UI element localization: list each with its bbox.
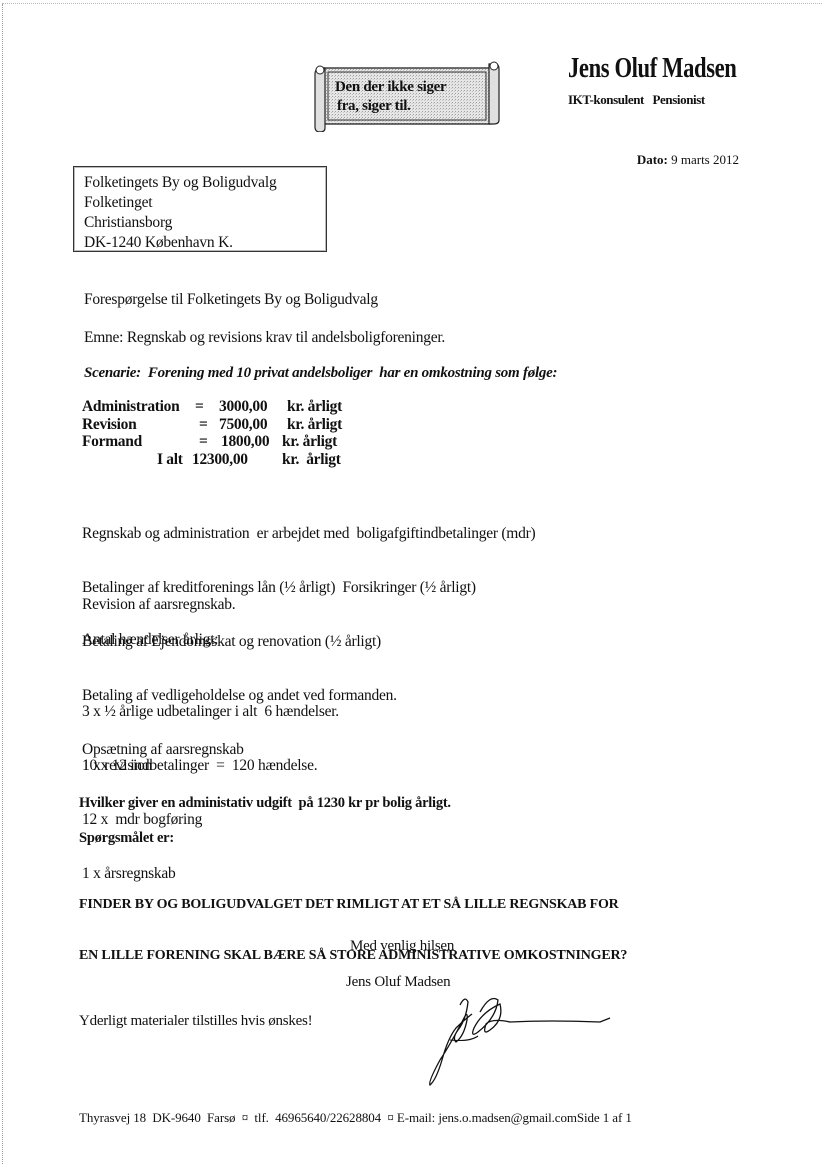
cost-equals: = bbox=[199, 433, 208, 451]
events-heading: Antal hændelser årligt: bbox=[82, 631, 218, 649]
recipient-address-box: Folketingets By og Boligudvalg Folketing… bbox=[73, 166, 327, 252]
recipient-line: Christiansborg bbox=[84, 213, 326, 233]
recipient-line: DK-1240 København K. bbox=[84, 233, 326, 253]
total-amount: 12300,00 bbox=[192, 451, 248, 469]
closing-name: Jens Oluf Madsen bbox=[346, 973, 450, 991]
date-label: Dato: bbox=[637, 152, 668, 167]
question-text: FINDER BY OG BOLIGUDVALGET DET RIMLIGT A… bbox=[79, 862, 627, 981]
cost-equals: = bbox=[199, 416, 208, 434]
cost-label: Formand bbox=[82, 433, 142, 451]
closing-note: Yderligt materialer tilstilles hvis ønsk… bbox=[79, 1012, 312, 1030]
letterhead-name: Jens Oluf Madsen bbox=[568, 52, 736, 85]
cost-amount: 7500,00 bbox=[219, 416, 267, 434]
event-item: 3 x ½ årlige udbetalinger i alt 6 hændel… bbox=[82, 703, 339, 721]
cost-unit: kr. årligt bbox=[282, 433, 337, 451]
cost-label: Administration bbox=[82, 398, 179, 416]
total-label: I alt bbox=[157, 451, 183, 469]
question-label: Spørgsmålet er: bbox=[79, 829, 174, 847]
letterhead-title: IKT-konsulent Pensionist bbox=[568, 92, 705, 108]
cost-unit: kr. årligt bbox=[287, 416, 342, 434]
letter-heading: Forespørgelse til Folketingets By og Bol… bbox=[84, 291, 378, 309]
revision-line: Revision af aarsregnskab. bbox=[82, 596, 235, 614]
cost-amount: 3000,00 bbox=[219, 398, 267, 416]
date-value: 9 marts 2012 bbox=[671, 152, 739, 167]
question-line-1: FINDER BY OG BOLIGUDVALGET DET RIMLIGT A… bbox=[79, 896, 627, 913]
task-item: Regnskab og administration er arbejdet m… bbox=[82, 525, 535, 543]
cost-unit: kr. årligt bbox=[287, 398, 342, 416]
recipient-line: Folketingets By og Boligudvalg bbox=[84, 173, 326, 193]
motto-line-2: fra, siger til. bbox=[335, 97, 485, 116]
events-revision: 1 x revision bbox=[82, 757, 152, 775]
scan-edge-left bbox=[2, 4, 4, 1164]
handwritten-signature bbox=[420, 990, 620, 1094]
closing-greeting: Med venlig hilsen bbox=[350, 937, 454, 955]
total-unit: kr. årligt bbox=[282, 451, 341, 469]
conclusion-line: Hvilker giver en administativ udgift på … bbox=[79, 794, 451, 812]
cost-equals: = bbox=[195, 398, 204, 416]
task-item: Betalinger af kreditforenings lån (½ årl… bbox=[82, 579, 535, 597]
scan-edge-top bbox=[2, 3, 822, 5]
motto-text: Den der ikke siger fra, siger til. bbox=[335, 78, 485, 116]
motto-scroll-banner: Den der ikke siger fra, siger til. bbox=[311, 60, 497, 130]
letter-footer: Thyrasvej 18 DK-9640 Farsø ¤ tlf. 469656… bbox=[79, 1110, 632, 1126]
recipient-line: Folketinget bbox=[84, 193, 326, 213]
cost-label: Revision bbox=[82, 416, 136, 434]
date-line: Dato: 9 marts 2012 bbox=[637, 152, 739, 168]
letter-subject: Emne: Regnskab og revisions krav til and… bbox=[84, 329, 445, 347]
scenario-line: Scenarie: Forening med 10 privat andelsb… bbox=[84, 364, 557, 382]
cost-amount: 1800,00 bbox=[221, 433, 269, 451]
motto-line-1: Den der ikke siger bbox=[335, 78, 485, 97]
event-item: 12 x mdr bogføring bbox=[82, 811, 339, 829]
signature-icon bbox=[420, 990, 620, 1090]
